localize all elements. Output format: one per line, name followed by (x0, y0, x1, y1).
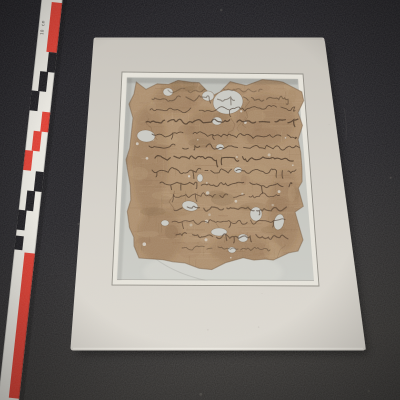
photo-vignette (0, 0, 400, 400)
photo-scene: 10 cm (0, 0, 400, 400)
photo-svg: 10 cm (0, 0, 400, 400)
